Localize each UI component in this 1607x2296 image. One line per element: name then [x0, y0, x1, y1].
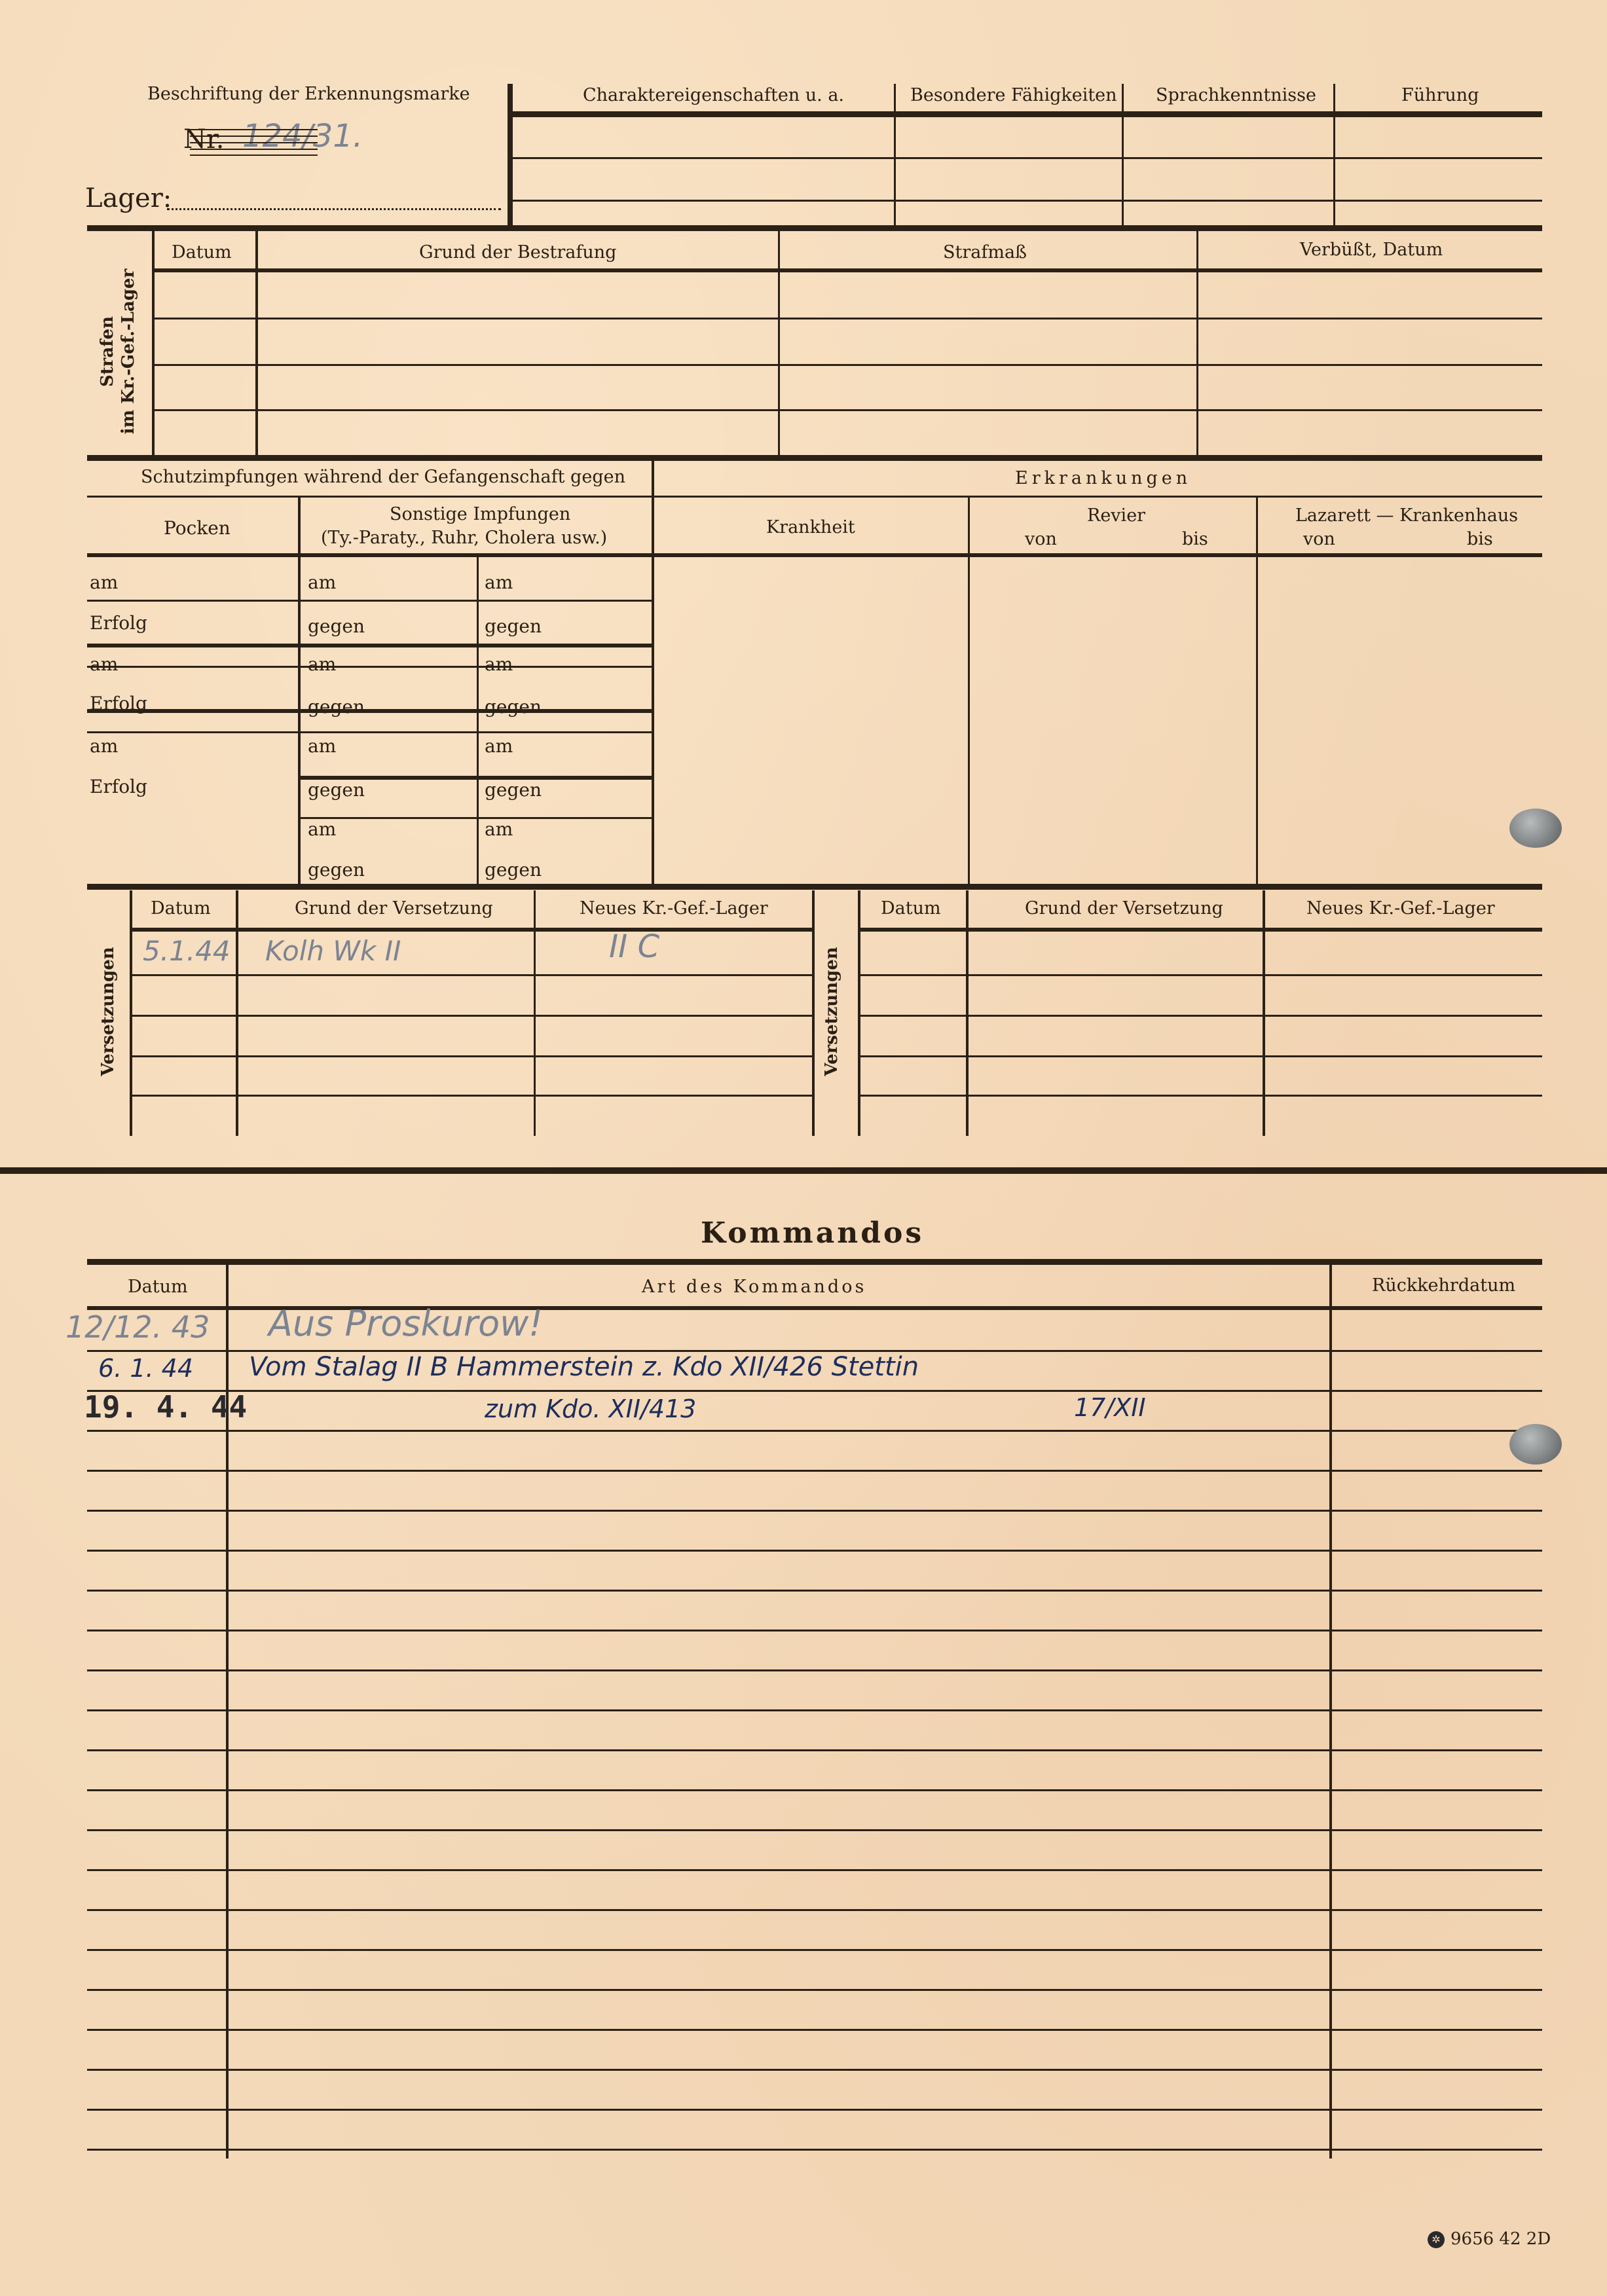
erkennungsmarke-label: Beschriftung der Erkennungsmarke	[147, 84, 470, 104]
impfungen-title: Schutzimpfungen während der Gefangenscha…	[141, 467, 625, 487]
sonst-am: am	[485, 818, 513, 840]
sonst-am: am	[308, 735, 336, 757]
print-code: 9656 42 2D	[1450, 2229, 1551, 2249]
revier-bis: bis	[1182, 529, 1208, 549]
sonst-gegen: gegen	[485, 859, 542, 881]
pocken-erfolg-3: Erfolg	[90, 776, 147, 797]
vers-left-col-grund: Grund der Versetzung	[295, 898, 493, 919]
sonst-gegen: gegen	[485, 779, 542, 801]
col-charakter: Charaktereigenschaften u. a.	[583, 85, 844, 105]
vers-right-col-lager: Neues Kr.-Gef.-Lager	[1306, 898, 1495, 919]
kommando-entry-3-datum: 19. 4. 44	[84, 1389, 247, 1425]
sonst-gegen: gegen	[308, 615, 365, 637]
pocken-am-1: am	[90, 572, 118, 593]
strafen-col-grund: Grund der Bestrafung	[419, 242, 616, 263]
lazarett-von: von	[1303, 529, 1335, 549]
kommando-entry-3-extra: 17/XII	[1074, 1393, 1146, 1422]
printer-mark-icon: ✲	[1428, 2231, 1445, 2248]
lazarett-bis: bis	[1467, 529, 1493, 549]
col-faehigkeiten: Besondere Fähigkeiten	[910, 85, 1117, 105]
versetzungen-side-label-left: Versetzungen	[98, 930, 118, 1093]
col-krankheit: Krankheit	[766, 517, 855, 538]
pocken-am-2: am	[90, 653, 118, 675]
sonst-gegen: gegen	[308, 859, 365, 881]
kommando-entry-2-art: Vom Stalag II B Hammerstein z. Kdo XII/4…	[249, 1352, 919, 1382]
sonst-gegen: gegen	[308, 696, 365, 718]
pocken-erfolg-2: Erfolg	[90, 693, 147, 714]
sonst-am: am	[485, 653, 513, 675]
sonst-am: am	[485, 735, 513, 757]
kommando-entry-1-art: Aus Proskurow!	[268, 1303, 543, 1344]
vers-entry-grund: Kolh Wk II	[265, 935, 401, 967]
vers-entry-lager: II C	[609, 928, 659, 965]
kommando-entry-2-datum: 6. 1. 44	[98, 1354, 193, 1383]
erkrankungen-title: Erkrankungen	[1015, 468, 1191, 488]
vers-entry-datum: 5.1.44	[143, 935, 231, 967]
pocken-erfolg-1: Erfolg	[90, 612, 147, 634]
sonst-am: am	[485, 572, 513, 593]
sonst-gegen: gegen	[485, 615, 542, 637]
lager-label: Lager:	[85, 183, 172, 213]
strafen-col-strafmass: Strafmaß	[943, 242, 1027, 263]
col-sonstige-2: (Ty.-Paraty., Ruhr, Cholera usw.)	[321, 528, 607, 548]
sonst-am: am	[308, 818, 336, 840]
punch-hole-bottom	[1509, 1424, 1562, 1465]
col-fuehrung: Führung	[1401, 85, 1479, 105]
vers-right-col-datum: Datum	[881, 898, 941, 919]
strafen-side-label: Strafenim Kr.-Gef.-Lager	[97, 260, 139, 443]
kommandos-col-art: Art des Kommandos	[642, 1277, 866, 1297]
lager-field[interactable]	[167, 208, 501, 210]
col-sprachkenntnisse: Sprachkenntnisse	[1156, 85, 1316, 105]
versetzungen-side-label-right: Versetzungen	[822, 930, 841, 1093]
vers-right-col-grund: Grund der Versetzung	[1025, 898, 1223, 919]
kommandos-col-rueckkehr: Rückkehrdatum	[1372, 1275, 1515, 1296]
revier-von: von	[1025, 529, 1057, 549]
fold-divider	[0, 1167, 1607, 1174]
kommandos-col-datum: Datum	[128, 1277, 188, 1297]
col-sonstige-1: Sonstige Impfungen	[390, 504, 570, 524]
sonst-gegen: gegen	[485, 696, 542, 718]
sonst-am: am	[308, 653, 336, 675]
strafen-col-datum: Datum	[172, 242, 232, 263]
kommandos-title: Kommandos	[701, 1216, 924, 1250]
col-lazarett: Lazarett — Krankenhaus	[1295, 505, 1518, 526]
strafen-col-verbuesst: Verbüßt, Datum	[1300, 240, 1443, 260]
col-pocken: Pocken	[164, 517, 231, 539]
kommando-entry-1-datum: 12/12. 43	[65, 1309, 210, 1345]
col-revier: Revier	[1087, 505, 1145, 526]
kommando-entry-3-art: zum Kdo. XII/413	[485, 1394, 696, 1423]
vers-left-col-datum: Datum	[151, 898, 211, 919]
vers-left-col-lager: Neues Kr.-Gef.-Lager	[580, 898, 768, 919]
punch-hole-top	[1509, 809, 1562, 848]
sonst-gegen: gegen	[308, 779, 365, 801]
pocken-am-3: am	[90, 735, 118, 757]
sonst-am: am	[308, 572, 336, 593]
